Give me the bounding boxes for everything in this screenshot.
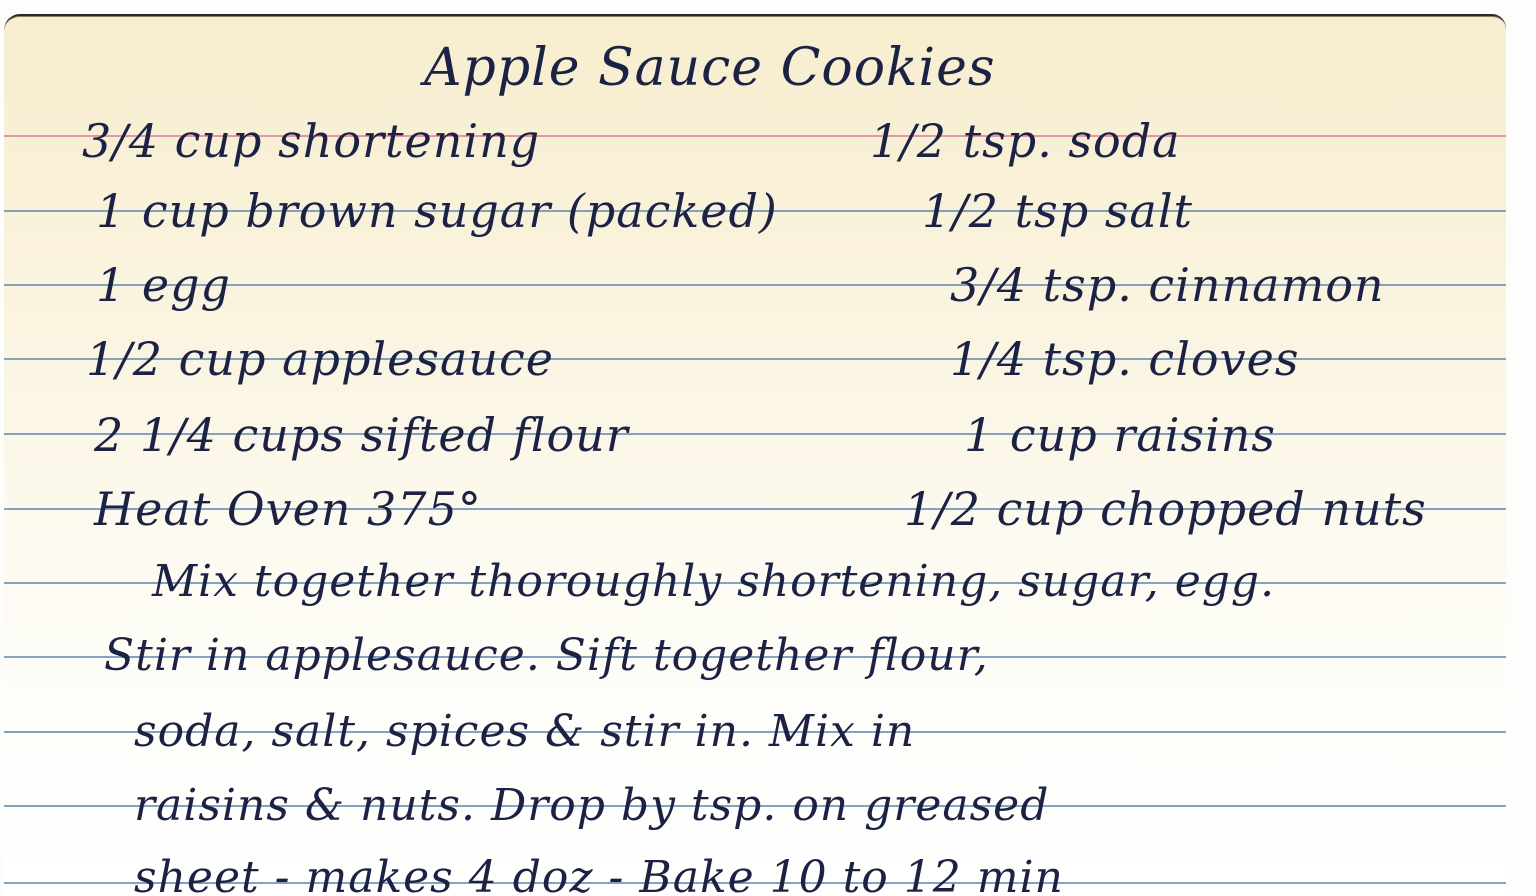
ingredient-right: 1 cup raisins xyxy=(964,408,1276,462)
ingredient-right: 1/2 tsp. soda xyxy=(870,114,1181,168)
ingredient-right: 1/4 tsp. cloves xyxy=(950,332,1299,386)
ingredient-right: 1/2 tsp salt xyxy=(922,184,1193,238)
ingredient-left: 1 egg xyxy=(96,258,231,312)
recipe-card: Apple Sauce Cookies 3/4 cup shortening 1… xyxy=(4,14,1506,896)
recipe-title: Apple Sauce Cookies xyxy=(424,38,996,98)
ingredient-left: 1/2 cup applesauce xyxy=(86,332,554,386)
direction-line: sheet - makes 4 doz - Bake 10 to 12 min xyxy=(134,852,1064,896)
direction-line: soda, salt, spices & stir in. Mix in xyxy=(134,706,915,757)
ingredient-left: 2 1/4 cups sifted flour xyxy=(94,408,629,462)
direction-line: Mix together thoroughly shortening, suga… xyxy=(152,556,1275,607)
ingredient-left: 1 cup brown sugar (packed) xyxy=(96,184,778,238)
ingredient-right: 1/2 cup chopped nuts xyxy=(904,482,1427,536)
direction-line: raisins & nuts. Drop by tsp. on greased xyxy=(134,780,1049,831)
ingredient-left: 3/4 cup shortening xyxy=(82,114,540,168)
direction-line: Stir in applesauce. Sift together flour, xyxy=(104,630,989,681)
ingredient-right: 3/4 tsp. cinnamon xyxy=(950,258,1385,312)
oven-temperature: Heat Oven 375° xyxy=(94,482,482,536)
